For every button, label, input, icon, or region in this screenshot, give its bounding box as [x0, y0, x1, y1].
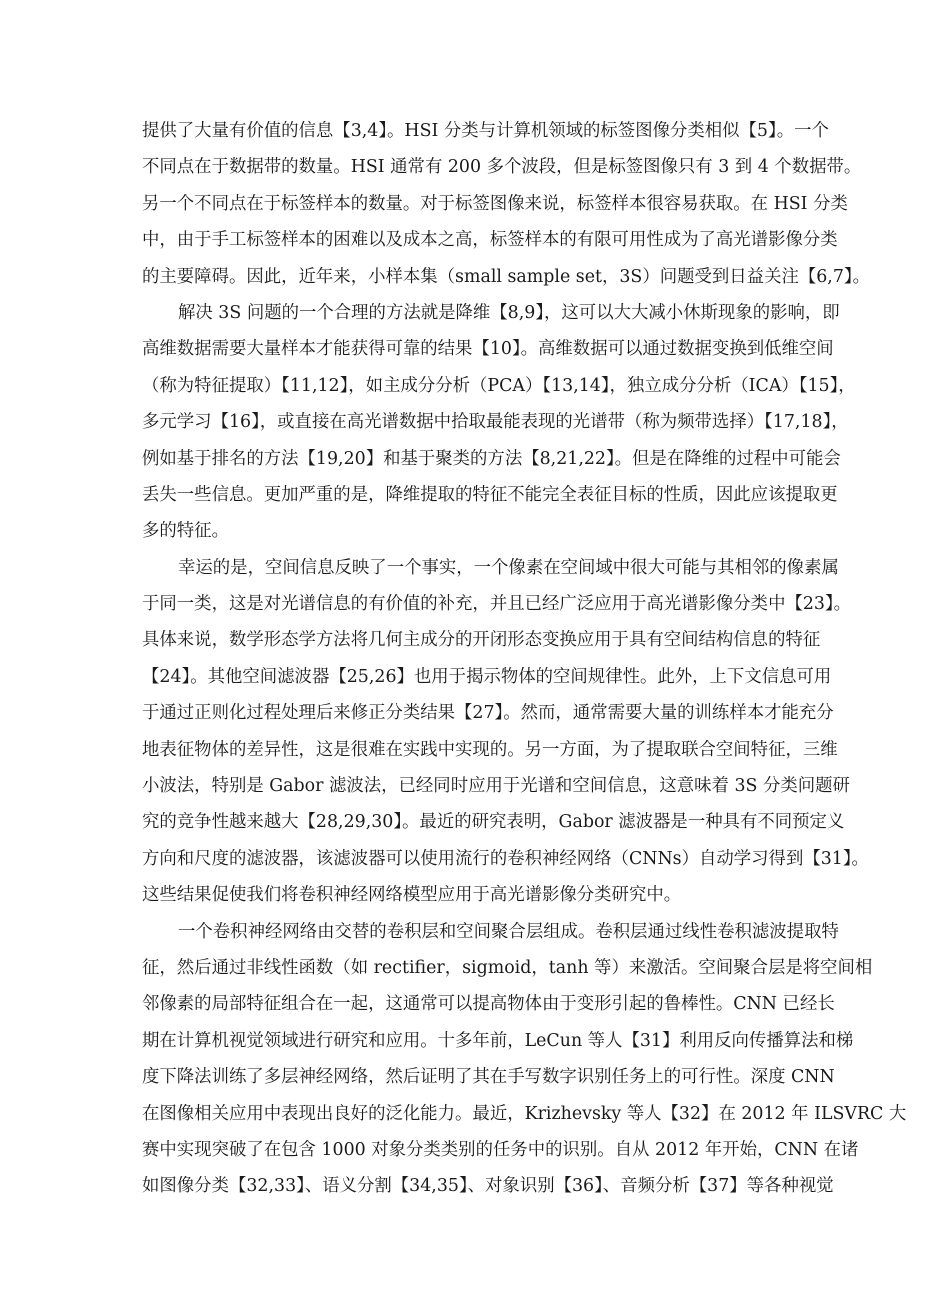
text-line: 一个卷积神经网络由交替的卷积层和空间聚合层组成。卷积层通过线性卷积滤波提取特 — [142, 914, 786, 950]
text-line: 邻像素的局部特征组合在一起，这通常可以提高物体由于变形引起的鲁棒性。CNN 已经… — [142, 986, 786, 1022]
paragraph-4: 一个卷积神经网络由交替的卷积层和空间聚合层组成。卷积层通过线性卷积滤波提取特 征… — [142, 914, 786, 1205]
text-line: 的主要障碍。因此，近年来，小样本集（small sample set，3S）问题… — [142, 259, 786, 295]
text-line: 高维数据需要大量样本才能获得可靠的结果【10】。高维数据可以通过数据变换到低维空… — [142, 331, 786, 367]
text-line: 究的竞争性越来越大【28,29,30】。最近的研究表明，Gabor 滤波器是一种… — [142, 804, 786, 840]
text-line: 中，由于手工标签样本的困难以及成本之高，标签样本的有限可用性成为了高光谱影像分类 — [142, 222, 786, 258]
paragraph-3: 幸运的是，空间信息反映了一个事实，一个像素在空间域中很大可能与其相邻的像素属 于… — [142, 550, 786, 914]
text-line: 具体来说，数学形态学方法将几何主成分的开闭形态变换应用于具有空间结构信息的特征 — [142, 622, 786, 658]
text-line: 另一个不同点在于标签样本的数量。对于标签图像来说，标签样本很容易获取。在 HSI… — [142, 186, 786, 222]
document-page: 提供了大量有价值的信息【3,4】。HSI 分类与计算机领域的标签图像分类相似【5… — [142, 113, 786, 1205]
text-line: 征，然后通过非线性函数（如 rectifier，sigmoid，tanh 等）来… — [142, 950, 786, 986]
text-line: 小波法，特别是 Gabor 滤波法，已经同时应用于光谱和空间信息，这意味着 3S… — [142, 768, 786, 804]
text-line: 多的特征。 — [142, 513, 786, 549]
text-line: 如图像分类【32,33】、语义分割【34,35】、对象识别【36】、音频分析【3… — [142, 1168, 786, 1204]
text-line: 这些结果促使我们将卷积神经网络模型应用于高光谱影像分类研究中。 — [142, 877, 786, 913]
text-line: 多元学习【16】，或直接在高光谱数据中拾取最能表现的光谱带（称为频带选择）【17… — [142, 404, 786, 440]
text-line: 方向和尺度的滤波器，该滤波器可以使用流行的卷积神经网络（CNNs）自动学习得到【… — [142, 841, 786, 877]
text-line: 解决 3S 问题的一个合理的方法就是降维【8,9】，这可以大大减小休斯现象的影响… — [142, 295, 786, 331]
text-line: 不同点在于数据带的数量。HSI 通常有 200 多个波段，但是标签图像只有 3 … — [142, 149, 786, 185]
paragraph-1: 提供了大量有价值的信息【3,4】。HSI 分类与计算机领域的标签图像分类相似【5… — [142, 113, 786, 295]
text-line: 【24】。其他空间滤波器【25,26】也用于揭示物体的空间规律性。此外，上下文信… — [142, 659, 786, 695]
paragraph-2: 解决 3S 问题的一个合理的方法就是降维【8,9】，这可以大大减小休斯现象的影响… — [142, 295, 786, 550]
text-line: 丢失一些信息。更加严重的是，降维提取的特征不能完全表征目标的性质，因此应该提取更 — [142, 477, 786, 513]
text-line: 提供了大量有价值的信息【3,4】。HSI 分类与计算机领域的标签图像分类相似【5… — [142, 113, 786, 149]
text-line: 于同一类，这是对光谱信息的有价值的补充，并且已经广泛应用于高光谱影像分类中【23… — [142, 586, 786, 622]
text-line: 地表征物体的差异性，这是很难在实践中实现的。另一方面，为了提取联合空间特征，三维 — [142, 732, 786, 768]
text-line: （称为特征提取）【11,12】，如主成分分析（PCA）【13,14】，独立成分分… — [142, 368, 786, 404]
text-line: 幸运的是，空间信息反映了一个事实，一个像素在空间域中很大可能与其相邻的像素属 — [142, 550, 786, 586]
text-line: 期在计算机视觉领域进行研究和应用。十多年前，LeCun 等人【31】利用反向传播… — [142, 1023, 786, 1059]
text-line: 在图像相关应用中表现出良好的泛化能力。最近，Krizhevsky 等人【32】在… — [142, 1096, 786, 1132]
text-line: 例如基于排名的方法【19,20】和基于聚类的方法【8,21,22】。但是在降维的… — [142, 441, 786, 477]
text-line: 赛中实现突破了在包含 1000 对象分类类别的任务中的识别。自从 2012 年开… — [142, 1132, 786, 1168]
text-line: 度下降法训练了多层神经网络，然后证明了其在手写数字识别任务上的可行性。深度 CN… — [142, 1059, 786, 1095]
text-line: 于通过正则化过程处理后来修正分类结果【27】。然而，通常需要大量的训练样本才能充… — [142, 695, 786, 731]
